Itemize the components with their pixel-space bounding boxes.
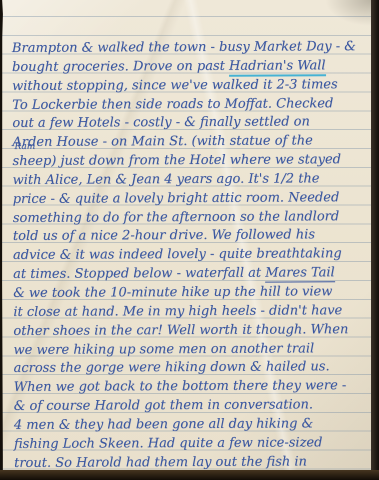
journal-line: Brampton & walked the town - busy Market… [12, 38, 370, 59]
journal-line: & of course Harold got them in conversat… [14, 396, 372, 417]
journal-line-text: told us of a nice 2-hour drive. We follo… [13, 228, 315, 245]
journal-line-text: we were hiking up some men on another tr… [13, 341, 314, 358]
journal-line-text: without stopping, since we've walked it … [12, 77, 338, 94]
journal-line: other shoes in the car! Well worth it th… [13, 321, 371, 342]
handwritten-text: Brampton & walked the town - busy Market… [12, 38, 372, 473]
journal-line-text: other shoes in the car! Well worth it th… [13, 322, 348, 339]
journal-line-text: advice & it was indeed lovely - quite br… [13, 246, 342, 263]
journal-line: it close at hand. Me in my high heels - … [13, 302, 371, 323]
journal-line: & we took the 10-minute hike up the hill… [13, 283, 371, 304]
journal-line-text: sheep) just down from the Hotel where we… [12, 152, 341, 169]
journal-line-text: fishing Loch Skeen. Had quite a few nice… [14, 435, 323, 452]
journal-line: Arden House - on Main St. (with statue o… [12, 132, 370, 153]
journal-line-text: price - & quite a lovely bright attic ro… [13, 190, 340, 207]
journal-line-text: To Lockerbie then side roads to Moffat. … [12, 96, 333, 113]
underlined-phrase-mares-tail: Mares Tail [265, 265, 335, 282]
journal-line: advice & it was indeed lovely - quite br… [13, 245, 371, 266]
underlined-phrase-hadrians-wall: Hadrian's Wall [229, 58, 326, 77]
journal-line-text: bought groceries. Drove on past [12, 59, 229, 75]
journal-line: with Alice, Len & Jean 4 years ago. It's… [13, 170, 371, 191]
photo-edge-bottom [0, 470, 379, 480]
journal-line: When we got back to the bottom there the… [14, 377, 372, 398]
journal-line-text: with Alice, Len & Jean 4 years ago. It's… [13, 171, 320, 188]
journal-line-text: Brampton & walked the town - busy Market… [12, 39, 356, 56]
inserted-word-above-line: Ram [14, 143, 35, 152]
corner-shadow [325, 0, 371, 26]
journal-line: at times. Stopped below - waterfall at M… [13, 264, 371, 285]
photo-edge-left [0, 0, 3, 471]
journal-line-text: at times. Stopped below - waterfall at [13, 266, 265, 282]
journal-line-text: it close at hand. Me in my high heels - … [13, 303, 342, 320]
journal-line: without stopping, since we've walked it … [12, 76, 370, 97]
journal-line: Ramsheep) just down from the Hotel where… [12, 151, 370, 172]
journal-line: out a few Hotels - costly - & finally se… [12, 113, 370, 134]
journal-line-text: across the gorge were hiking down & hail… [14, 360, 330, 377]
photo-frame: Brampton & walked the town - busy Market… [0, 0, 379, 480]
journal-line-text: something to do for the afternoon so the… [13, 209, 339, 226]
journal-line-text: & we took the 10-minute hike up the hill… [13, 284, 332, 301]
journal-line: fishing Loch Skeen. Had quite a few nice… [14, 434, 372, 455]
journal-line: price - & quite a lovely bright attic ro… [13, 189, 371, 210]
journal-line: we were hiking up some men on another tr… [13, 340, 371, 361]
journal-line-text: out a few Hotels - costly - & finally se… [12, 115, 310, 132]
journal-line: across the gorge were hiking down & hail… [14, 358, 372, 379]
journal-line-text: & of course Harold got them in conversat… [14, 397, 313, 414]
journal-line: something to do for the afternoon so the… [13, 208, 371, 229]
journal-line-text: Arden House - on Main St. (with statue o… [12, 134, 312, 151]
journal-line: To Lockerbie then side roads to Moffat. … [12, 95, 370, 116]
journal-line-text: trout. So Harold had them lay out the fi… [14, 454, 307, 471]
photo-edge-right [371, 0, 379, 480]
journal-line: told us of a nice 2-hour drive. We follo… [13, 227, 371, 248]
journal-line: 4 men & they had been gone all day hikin… [14, 415, 372, 436]
journal-line-text: 4 men & they had been gone all day hikin… [14, 416, 313, 433]
journal-line: bought groceries. Drove on past Hadrian'… [12, 57, 370, 78]
journal-line-text: When we got back to the bottom there the… [14, 378, 347, 395]
